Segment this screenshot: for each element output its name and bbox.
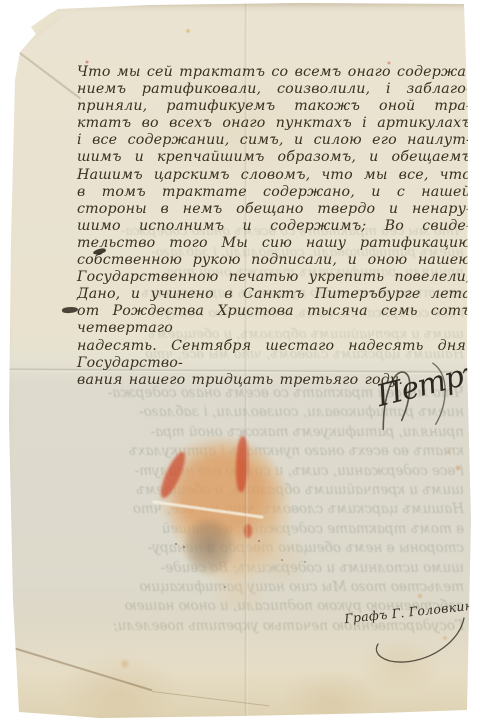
torn-corner-flap [6, 8, 78, 66]
manuscript-line: шимъ и крепчайшимъ образомъ, и обещаемъ [77, 149, 471, 166]
manuscript-line: Нашимъ царскимъ словомъ, что мы все, что [77, 167, 471, 184]
bleedthrough-line: в томъ трактате содержано, и с нашей [14, 520, 464, 539]
countersignature-tail [348, 612, 474, 674]
wax-seal-stain [148, 428, 314, 610]
paper-crack-line [7, 645, 153, 691]
seal-dark-blob [182, 516, 236, 576]
manuscript-line: от Рождества Христова тысяча семь сотъ ч… [77, 303, 471, 337]
manuscript-text-block: Что мы сей трактатъ со всемъ онаго содер… [77, 64, 471, 389]
manuscript-line: ктатъ во всехъ онаго пунктахъ i артикула… [77, 115, 471, 132]
bleedthrough-line: шимо исполнимъ и содержимъ; Во свиде- [14, 559, 464, 578]
bleedthrough-line: ктатъ во всехъ онаго пунктахъ i артикула… [14, 442, 464, 461]
bleedthrough-line: шимъ и крепчайшимъ образомъ, и обещаемъ [14, 481, 464, 500]
manuscript-line: шимо исполнимъ и содержимъ; Во свиде- [77, 218, 471, 235]
manuscript-line: приняли, ратификуемъ такожъ оной тра- [77, 98, 471, 115]
seal-outer-stain [148, 428, 314, 610]
bleedthrough-line: тельство того Мы сию нашу ратификацию [14, 578, 464, 597]
manuscript-line: i все содержании, симъ, и силою его наил… [77, 132, 471, 149]
paper-crack-line-2 [152, 691, 269, 706]
golovkin-countersignature: Графъ Г. Головкинъ [334, 598, 480, 676]
manuscript-line: тельство того Мы сию нашу ратификацию [77, 235, 471, 252]
corner-crease [12, 46, 82, 99]
document-photo: Что мы сей трактатъ со всемъ онаго содер… [0, 0, 485, 728]
manuscript-line: стороны в немъ обещано твердо и ненару- [77, 201, 471, 218]
manuscript-paper: Что мы сей трактатъ со всемъ онаго содер… [0, 0, 485, 728]
bleedthrough-line: стороны в немъ обещано твердо и ненару- [14, 539, 464, 558]
bleedthrough-line: i все содержании, симъ, и силою его наил… [14, 462, 464, 481]
manuscript-line: в томъ трактате содержано, и с нашей [77, 184, 471, 201]
manuscript-line: Что мы сей трактатъ со всемъ онаго содер… [77, 64, 471, 81]
ink-smudge-2 [62, 306, 79, 314]
seal-red-streak-left [156, 449, 189, 500]
seal-wax-disc [156, 434, 286, 552]
manuscript-line: Государственною печатью укрепить повелел… [77, 269, 471, 286]
manuscript-line: ниемъ ратификовали, соизволили, i заблаг… [77, 81, 471, 98]
manuscript-line: собственною рукою подписали, и оною наше… [77, 252, 471, 269]
bleedthrough-line: Нашимъ царскимъ словомъ, что мы все, что [14, 500, 464, 519]
manuscript-line: Дано, и учинено в Санктъ Питеръбурге лет… [77, 286, 471, 303]
